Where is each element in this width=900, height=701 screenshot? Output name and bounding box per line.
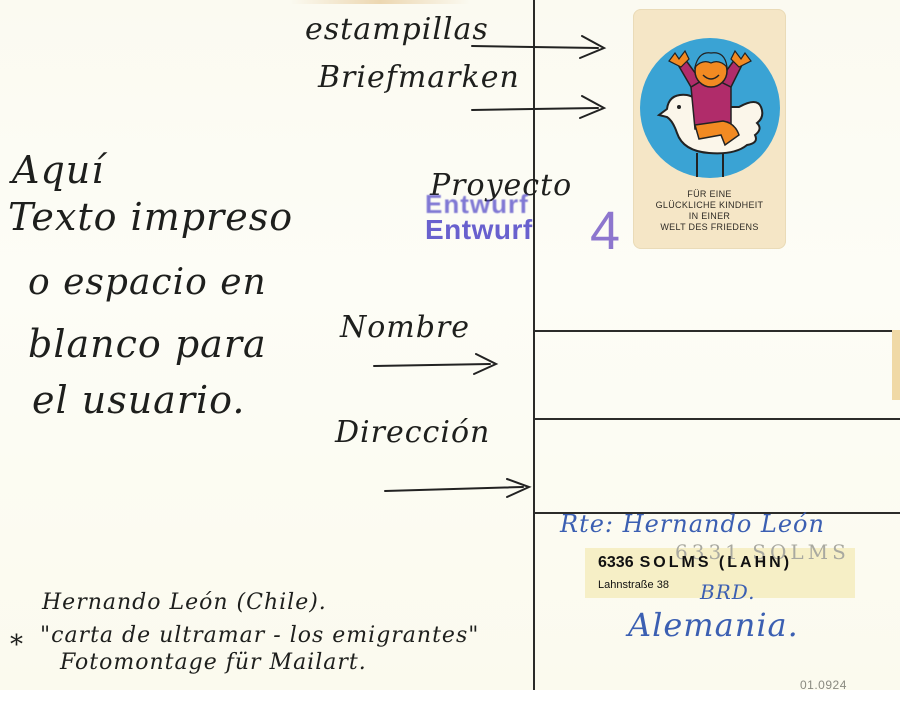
footer-line-1: Hernando León (Chile). [42,590,327,615]
footer-asterisk: * [10,630,24,660]
stamp-caption-line-1: FÜR EINE [633,189,786,200]
stamp-caption-line-4: WELT DES FRIEDENS [633,222,786,233]
postcard-back: estampillas Briefmarken Aquí Texto impre… [0,0,900,701]
arrow-right-icon [383,475,533,503]
note-line-5: el usuario. [32,378,245,422]
stamp-caption-line-3: IN EINER [633,211,786,222]
address-line-2 [535,418,900,420]
note-line-4: blanco para [28,322,267,366]
note-line-1: Aquí [12,148,104,192]
footer-line-3: Fotomontage für Mailart. [60,650,367,675]
label-postcode: 6336 [598,554,634,571]
label-city: SOLMS (LAHN) [640,554,792,571]
name-label: Nombre [340,310,470,345]
draft-stamp-word: Entwurf [425,215,533,245]
label-city-line: 6336SOLMS (LAHN) [598,554,792,572]
address-line-1 [535,330,900,332]
note-line-3: o espacio en [28,262,267,303]
footer-line-2: "carta de ultramar - los emigrantes" [40,623,479,648]
paper-stain [290,0,470,4]
tape-remnant [892,330,900,400]
arrow-right-icon [470,92,610,122]
draft-stamp: Entwurf Entwurf [425,193,533,245]
draft-number: 4 [590,200,620,262]
stamp-label-german: Briefmarken [318,60,520,95]
stamp-caption: FÜR EINE GLÜCKLICHE KINDHEIT IN EINER WE… [633,189,786,233]
arrow-right-icon [470,30,610,60]
label-street: Lahnstraße 38 [598,579,669,591]
arrow-right-icon [372,350,502,378]
note-line-2: Texto impreso [8,195,293,239]
child-on-dove-illustration-icon [639,37,781,179]
postage-stamp: FÜR EINE GLÜCKLICHE KINDHEIT IN EINER WE… [633,9,786,249]
address-label: Dirección [335,415,490,450]
sender-handwritten: Rte: Hernando León [560,510,825,538]
draft-stamp-faded: Entwurf [425,193,533,215]
country-handwritten: Alemania. [628,606,799,644]
stamp-caption-line-2: GLÜCKLICHE KINDHEIT [633,200,786,211]
country-code-handwritten: BRD. [700,580,755,604]
stamp-label-spanish: estampillas [305,12,489,47]
scan-margin [0,690,900,701]
